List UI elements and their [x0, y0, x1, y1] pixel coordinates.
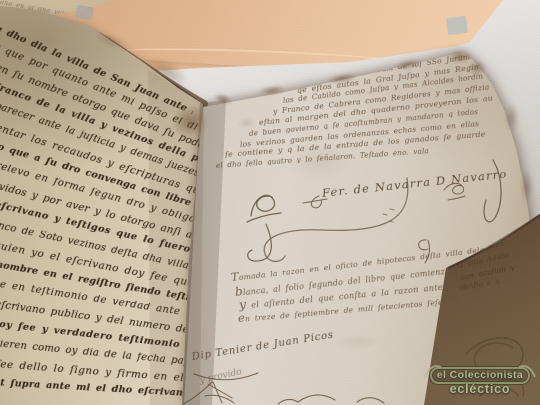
stain: [520, 170, 533, 204]
stain: [286, 140, 350, 182]
handwriting-line: ſe contiene y q la de la entrada de los …: [225, 129, 511, 159]
watermark-stamp: el Coleccionista ecléctico: [423, 365, 537, 396]
handwriting-line: de buen govierno q ſe acoſtumbran y mand…: [249, 106, 501, 137]
handwriting-line: qe eſtos autos la Gral Juſpa y mas Regim…: [296, 63, 479, 95]
stain: [336, 334, 380, 350]
stain: [468, 60, 486, 76]
handwriting-line: ſ y la Guia ata qe dho año SſS: [315, 43, 464, 72]
handwriting-line: los vezinos guarden las ordenanzas echas…: [239, 117, 508, 148]
handwriting-line: eſtan al margen del dho quaderno proveye…: [258, 94, 493, 126]
photo-antique-manuscript: dho en la dha villa antemi el eſcrivano …: [0, 0, 540, 405]
handwriting-line: y Franco de Cabrera como Regidores y mas…: [273, 84, 490, 116]
notary-signature: Fer. de Navarra D Navarro: [321, 167, 508, 200]
watermark-line2: ecléctico: [423, 382, 537, 396]
stain: [448, 50, 472, 63]
handwriting-line: el dho ſello quatro y lo ſeñalaron. Teſt…: [215, 142, 511, 170]
stain: [238, 118, 255, 128]
stain: [504, 102, 519, 132]
watermark-flourish-icon: [423, 363, 537, 381]
handwriting-line: los de Cabildo como Juſpa y mas Alcaldes…: [282, 73, 482, 105]
stain: [172, 104, 208, 140]
